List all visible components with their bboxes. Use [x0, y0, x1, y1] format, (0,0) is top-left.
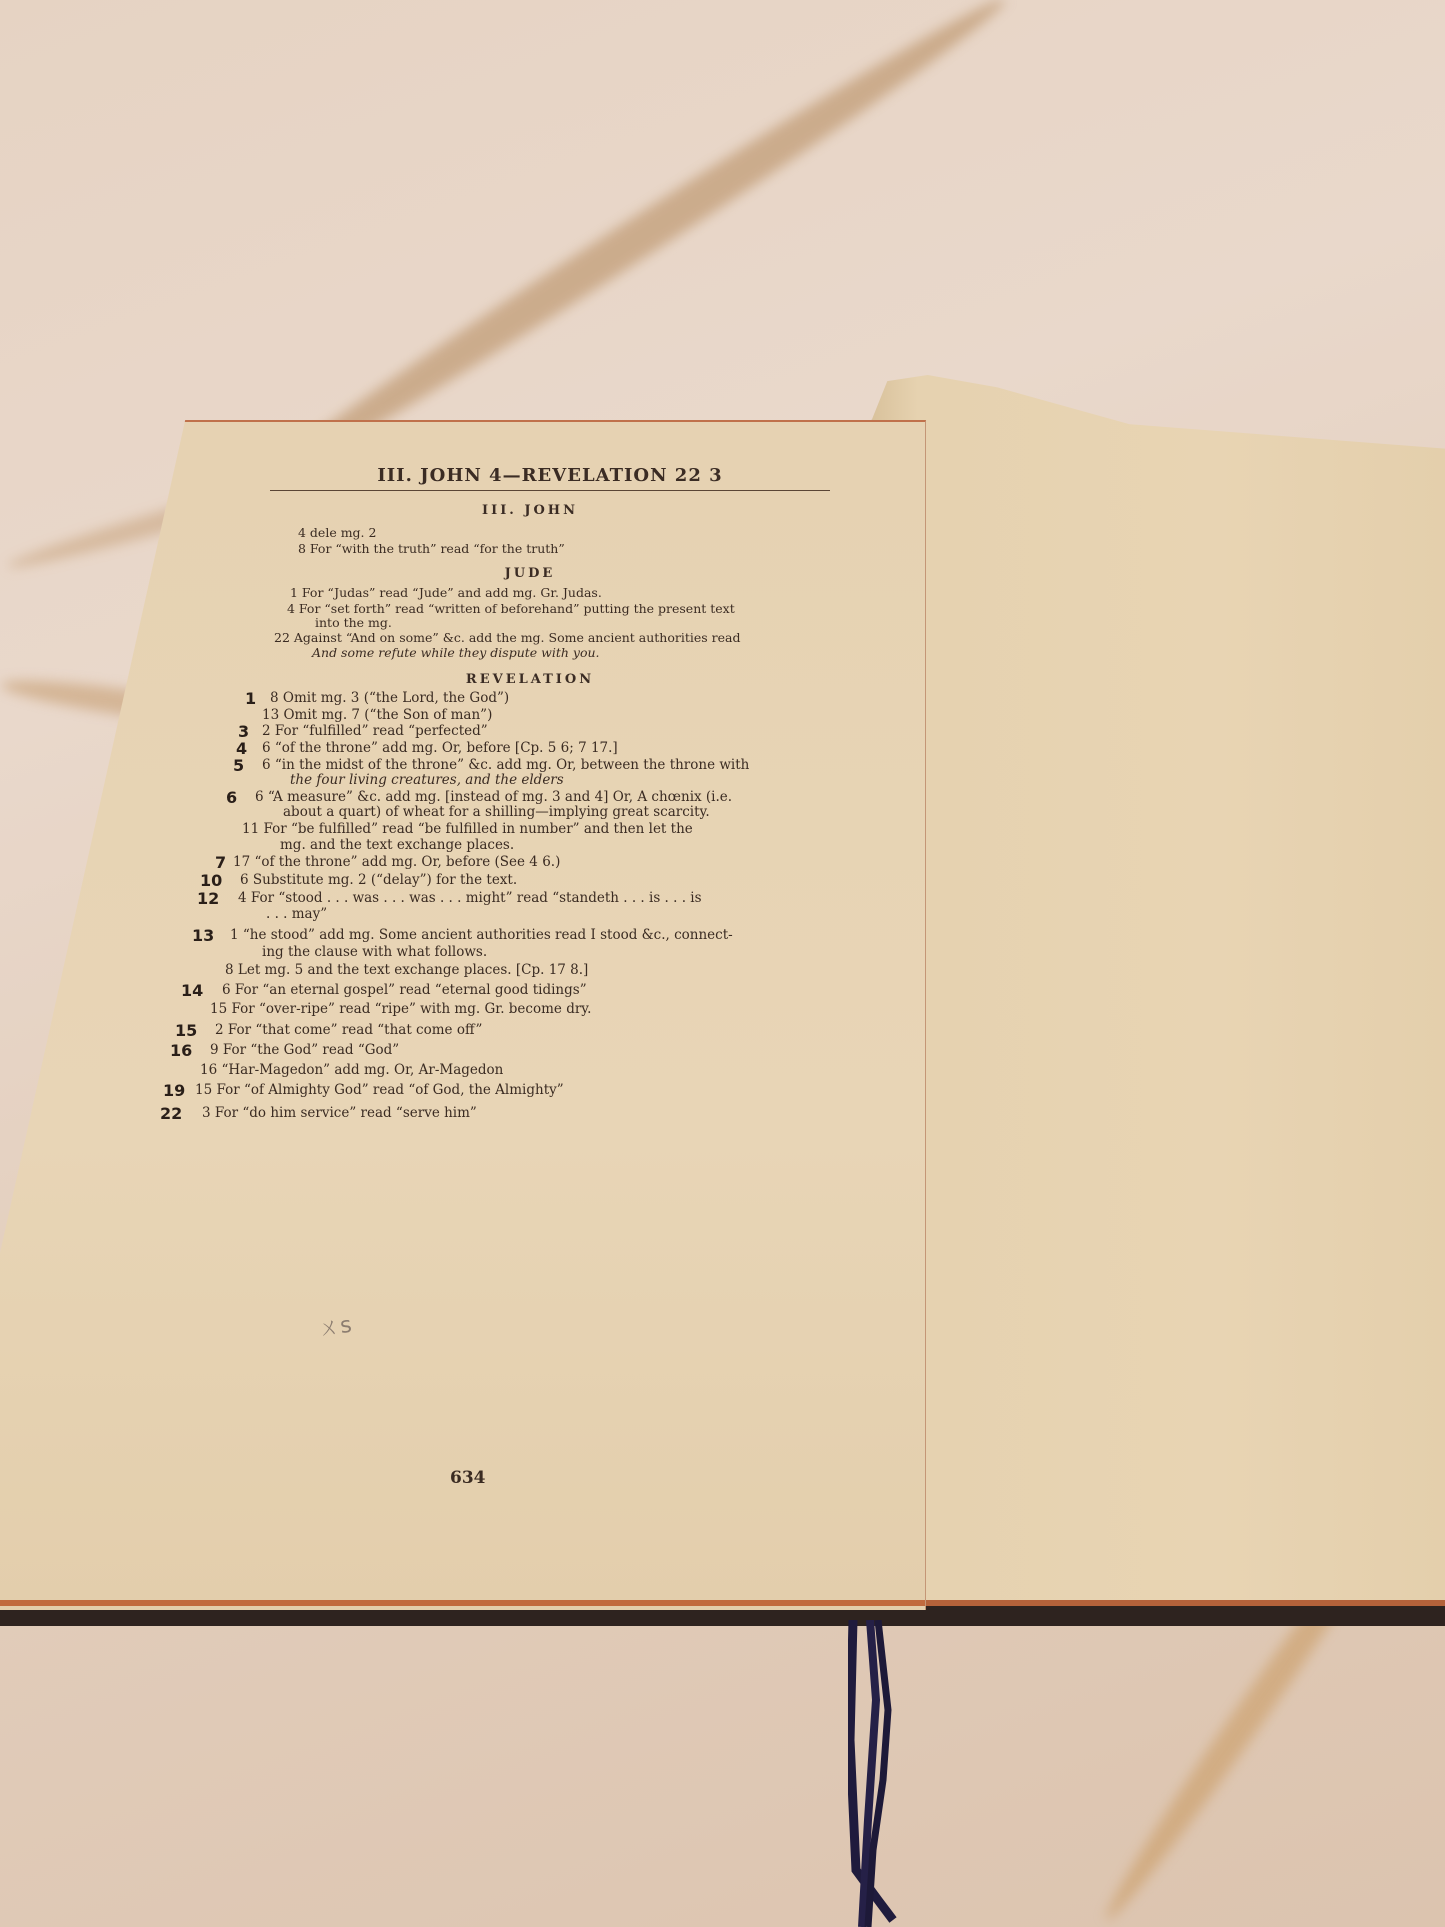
note-line: 9 For “the God” read “God” [210, 1042, 399, 1058]
right-page-edge [925, 1600, 1445, 1606]
chapter-number: 5 [233, 756, 244, 775]
right-page-blank [870, 375, 1445, 1605]
note-line: 3 For “do him service” read “serve him” [202, 1105, 477, 1121]
chapter-number: 12 [197, 889, 219, 908]
note-line: about a quart) of wheat for a shilling—i… [283, 804, 710, 820]
note-line: 13 Omit mg. 7 (“the Son of man”) [262, 707, 492, 723]
bookmark-ribbon [848, 1620, 908, 1927]
note-line: 1 For “Judas” read “Jude” and add mg. Gr… [290, 585, 602, 600]
note-line: 22 Against “And on some” &c. add the mg.… [274, 630, 740, 645]
running-head: III. JOHN 4—REVELATION 22 3 [270, 465, 830, 491]
note-line: 16 “Har-Magedon” add mg. Or, Ar-Magedon [200, 1062, 503, 1078]
page-number: 634 [450, 1468, 486, 1488]
pencil-mark: ㄨs [316, 1308, 353, 1343]
section-title-revelation: REVELATION [400, 672, 660, 687]
note-line: 11 For “be fulfilled” read “be fulfilled… [242, 821, 693, 837]
note-line: 8 Omit mg. 3 (“the Lord, the God”) [270, 690, 509, 706]
left-page-edge [0, 1600, 925, 1606]
note-line: 8 For “with the truth” read “for the tru… [298, 541, 565, 556]
note-line: 8 Let mg. 5 and the text exchange places… [225, 962, 588, 978]
note-line: mg. and the text exchange places. [280, 837, 514, 853]
note-line: into the mg. [315, 615, 392, 630]
note-line: 6 “A measure” &c. add mg. [instead of mg… [255, 789, 732, 805]
note-line: 1 “he stood” add mg. Some ancient author… [230, 927, 733, 943]
note-line: 2 For “fulfilled” read “perfected” [262, 723, 488, 739]
note-line: 4 For “stood . . . was . . . was . . . m… [238, 890, 702, 906]
chapter-number: 16 [170, 1041, 192, 1060]
chapter-number: 15 [175, 1021, 197, 1040]
chapter-number: 13 [192, 926, 214, 945]
chapter-number: 6 [226, 788, 237, 807]
chapter-number: 22 [160, 1104, 182, 1123]
note-line: 4 For “set forth” read “written of befor… [287, 601, 735, 616]
note-line: ing the clause with what follows. [262, 944, 487, 960]
chapter-number: 19 [163, 1081, 185, 1100]
chapter-number: 14 [181, 981, 203, 1000]
note-line: 6 Substitute mg. 2 (“delay”) for the tex… [240, 872, 517, 888]
note-line: . . . may” [266, 906, 327, 922]
note-line: 15 For “over-ripe” read “ripe” with mg. … [210, 1001, 591, 1017]
note-line: And some refute while they dispute with … [312, 645, 600, 660]
note-line: 17 “of the throne” add mg. Or, before (S… [233, 854, 560, 870]
chapter-number: 10 [200, 871, 222, 890]
note-line: 15 For “of Almighty God” read “of God, t… [195, 1082, 564, 1098]
section-title-3john: III. JOHN [420, 503, 640, 518]
chapter-number: 7 [215, 853, 226, 872]
section-title-jude: JUDE [420, 566, 640, 581]
note-line: 6 “of the throne” add mg. Or, before [Cp… [262, 740, 618, 756]
note-line: the four living creatures, and the elder… [290, 772, 564, 788]
note-line: 4 dele mg. 2 [298, 525, 376, 540]
note-line: 2 For “that come” read “that come off” [215, 1022, 482, 1038]
note-line: 6 For “an eternal gospel” read “eternal … [222, 982, 587, 998]
note-line: 6 “in the midst of the throne” &c. add m… [262, 757, 749, 773]
chapter-number: 1 [245, 689, 256, 708]
